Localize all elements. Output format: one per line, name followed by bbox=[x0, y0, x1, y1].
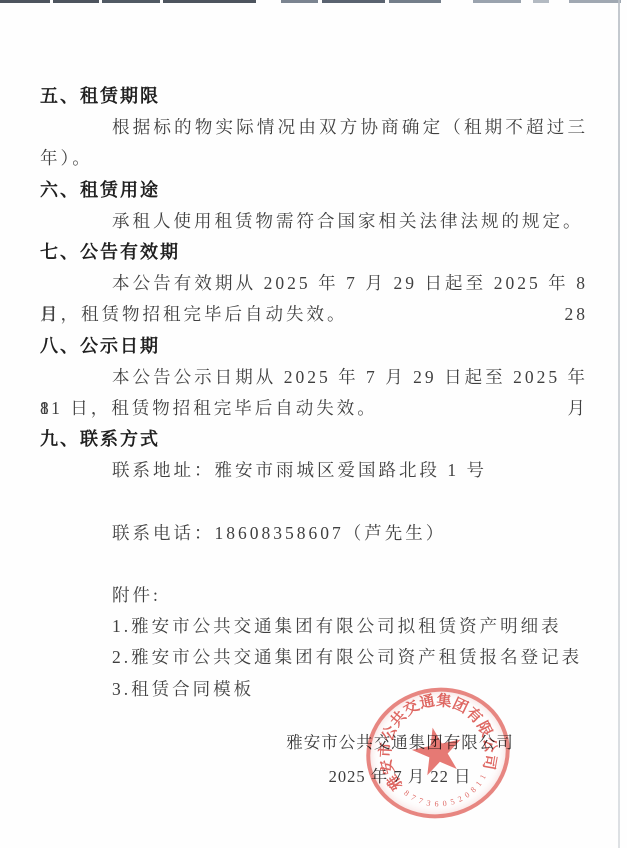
page-right-edge-line bbox=[618, 0, 620, 848]
section-heading: 七、公告有效期 bbox=[40, 237, 588, 268]
seal-number-digit: 2 bbox=[456, 794, 464, 804]
page-top-scan-edge bbox=[0, 0, 627, 3]
document-body: 五、租赁期限根据标的物实际情况由双方协商确定（租期不超过三年）。六、租赁用途承租… bbox=[40, 81, 588, 705]
section-heading: 八、公示日期 bbox=[40, 331, 588, 362]
document-line: 1.雅安市公共交通集团有限公司拟租赁资产明细表 bbox=[40, 611, 588, 642]
document-line: 2.雅安市公共交通集团有限公司资产租赁报名登记表 bbox=[40, 642, 588, 673]
blank-line bbox=[40, 486, 588, 517]
document-page: 五、租赁期限根据标的物实际情况由双方协商确定（租期不超过三年）。六、租赁用途承租… bbox=[0, 0, 627, 848]
document-line: 承租人使用租赁物需符合国家相关法律法规的规定。 bbox=[40, 206, 588, 237]
seal-number-digit: 7 bbox=[417, 796, 424, 806]
blank-line bbox=[40, 549, 588, 580]
seal-number-digit: 6 bbox=[434, 799, 438, 808]
document-line: 本公告公示日期从 2025 年 7 月 29 日起至 2025 年 8 月 bbox=[40, 362, 588, 393]
document-line: 3.租赁合同模板 bbox=[40, 674, 588, 705]
document-line: 本公告有效期从 2025 年 7 月 29 日起至 2025 年 8 月 28 bbox=[40, 268, 588, 299]
document-lines: 五、租赁期限根据标的物实际情况由双方协商确定（租期不超过三年）。六、租赁用途承租… bbox=[40, 81, 588, 705]
document-line: 联系电话：18608358607（芦先生） bbox=[40, 518, 588, 549]
seal-number-digit: 7 bbox=[409, 793, 417, 803]
section-heading: 五、租赁期限 bbox=[40, 81, 588, 112]
section-heading: 六、租赁用途 bbox=[40, 175, 588, 206]
document-line: 附件: bbox=[40, 580, 588, 611]
document-line: 年）。 bbox=[40, 143, 588, 174]
document-line: 联系地址：雅安市雨城区爱国路北段 1 号 bbox=[40, 455, 588, 486]
seal-text-char: 有 bbox=[462, 702, 487, 728]
section-heading: 九、联系方式 bbox=[40, 424, 588, 455]
seal-number-digit: 0 bbox=[442, 799, 447, 808]
document-line: 根据标的物实际情况由双方协商确定（租期不超过三 bbox=[40, 112, 588, 143]
signature-block: 雅安市公共交通集团有限公司 2025 年 7 月 22 日 bbox=[250, 726, 550, 794]
seal-number-digit: 3 bbox=[426, 798, 432, 808]
signature-date: 2025 年 7 月 22 日 bbox=[250, 760, 550, 794]
seal-number-digit: 5 bbox=[449, 797, 455, 807]
signature-company: 雅安市公共交通集团有限公司 bbox=[250, 726, 550, 760]
